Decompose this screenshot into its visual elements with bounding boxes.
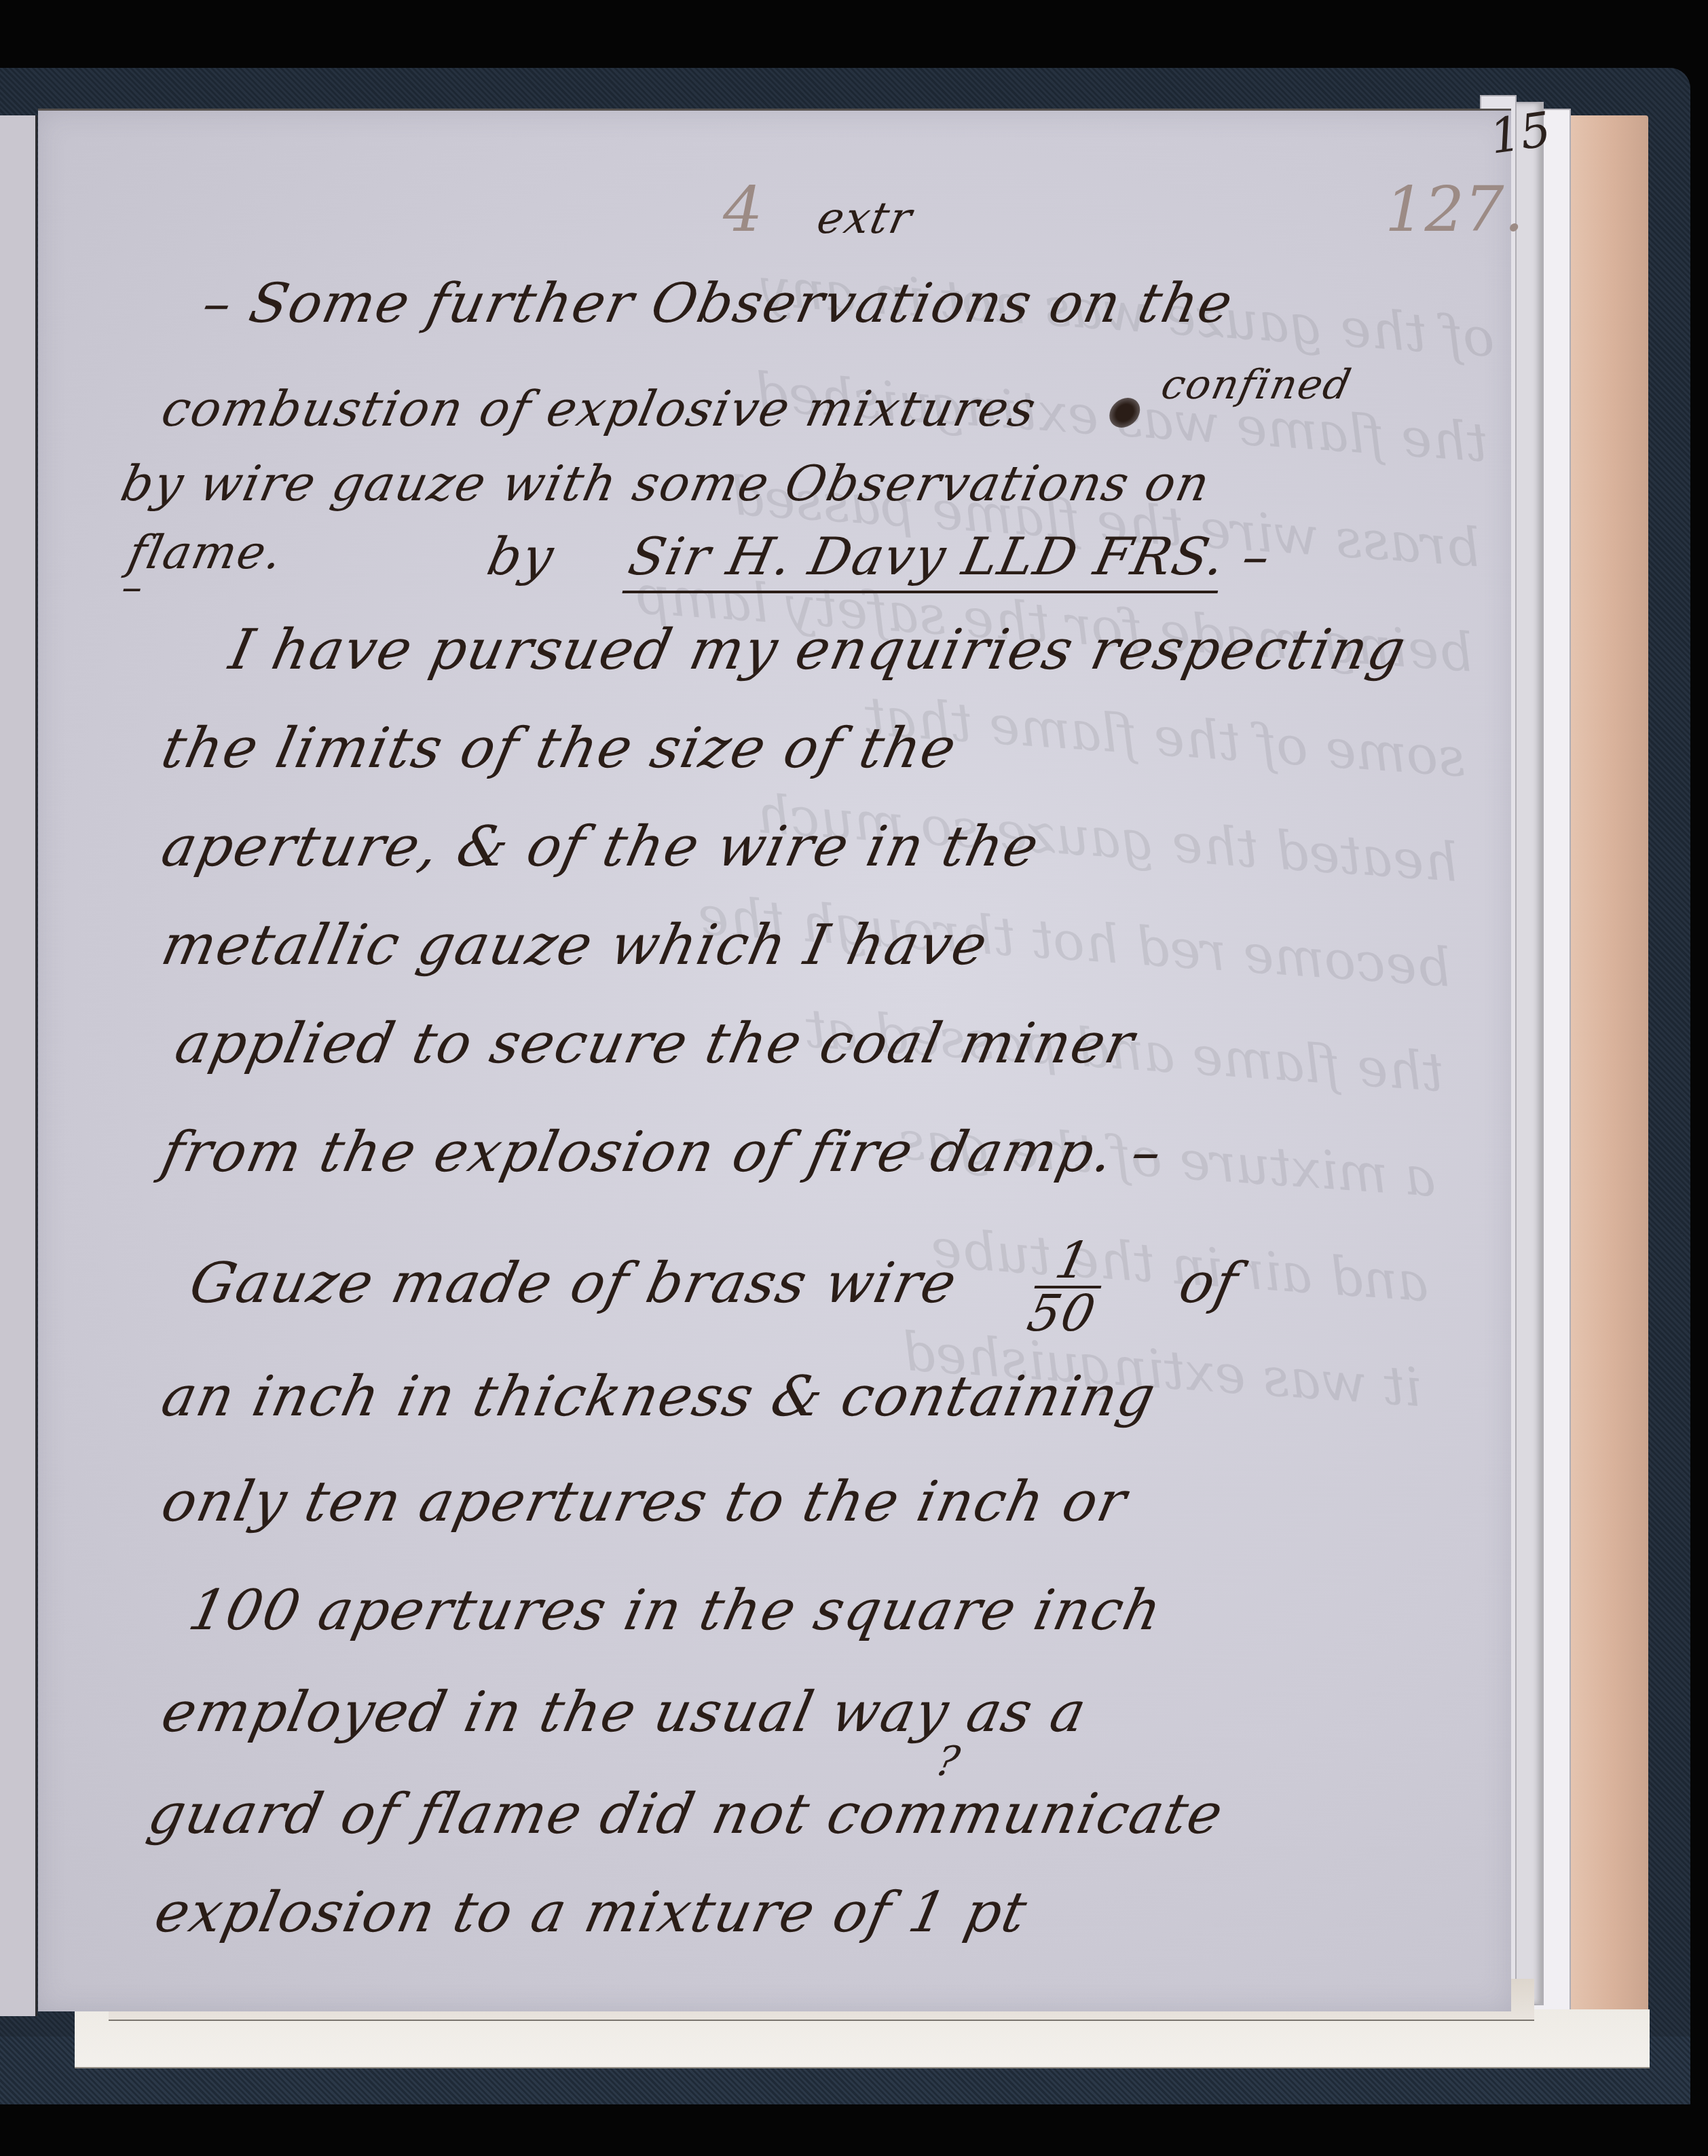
body-line-11: employed in the usual way as a bbox=[156, 1680, 1093, 1745]
verso-page-edge bbox=[0, 115, 37, 2016]
body-line-13: explosion to a mixture of 1 pt bbox=[149, 1880, 1033, 1945]
author-prefix: by bbox=[483, 526, 561, 587]
body-line-6: from the explosion of fire damp. – bbox=[156, 1120, 1169, 1185]
ink-folio-number: 15 bbox=[1487, 101, 1555, 165]
body-line-2: the limits of the size of the bbox=[156, 716, 963, 781]
inserted-word-confined: confined bbox=[1157, 361, 1356, 409]
title-line-2: combustion of explosive mixtures confine… bbox=[157, 380, 1352, 437]
struck-word-blot bbox=[1107, 398, 1143, 428]
header-note-extr: extr bbox=[813, 193, 917, 244]
title-line-3: by wire gauze with some Observations on bbox=[116, 455, 1216, 512]
author-name: Sir H. Davy LLD FRS. bbox=[622, 526, 1231, 593]
title-line-4: flame. bbox=[124, 526, 289, 580]
body-line-12: guard of flame did not communicate bbox=[143, 1782, 1229, 1846]
body-line-5: applied to secure the coal miner bbox=[170, 1011, 1140, 1076]
body-line-7-text: Gauze made of brass wire bbox=[184, 1251, 963, 1316]
body-line-4: metallic gauze which I have bbox=[156, 913, 994, 978]
title-line-1: – Some further Observations on the bbox=[197, 272, 1239, 335]
title-line-2-text: combustion of explosive mixtures bbox=[157, 380, 1042, 437]
body-line-7: Gauze made of brass wire 1 50 of bbox=[179, 1235, 1248, 1339]
body-line-10: 100 apertures in the square inch bbox=[183, 1578, 1168, 1643]
body-line-9: only ten apertures to the inch or bbox=[156, 1470, 1133, 1534]
pencil-folio-number: 4 bbox=[723, 173, 763, 246]
body-line-8: an inch in thickness & containing bbox=[156, 1364, 1162, 1429]
endpaper bbox=[1561, 115, 1648, 2057]
body-line-1: I have pursued my enquiries respecting bbox=[224, 618, 1412, 682]
fraction-numerator: 1 bbox=[1034, 1235, 1112, 1288]
fraction-denominator: 50 bbox=[1023, 1288, 1100, 1339]
author-line: by Sir H. Davy LLD FRS. – bbox=[483, 526, 1277, 587]
pencil-page-number: 127. bbox=[1385, 173, 1524, 246]
fraction-one-fiftieth: 1 50 bbox=[1023, 1235, 1111, 1339]
body-line-3: aperture, & of the wire in the bbox=[156, 815, 1045, 879]
